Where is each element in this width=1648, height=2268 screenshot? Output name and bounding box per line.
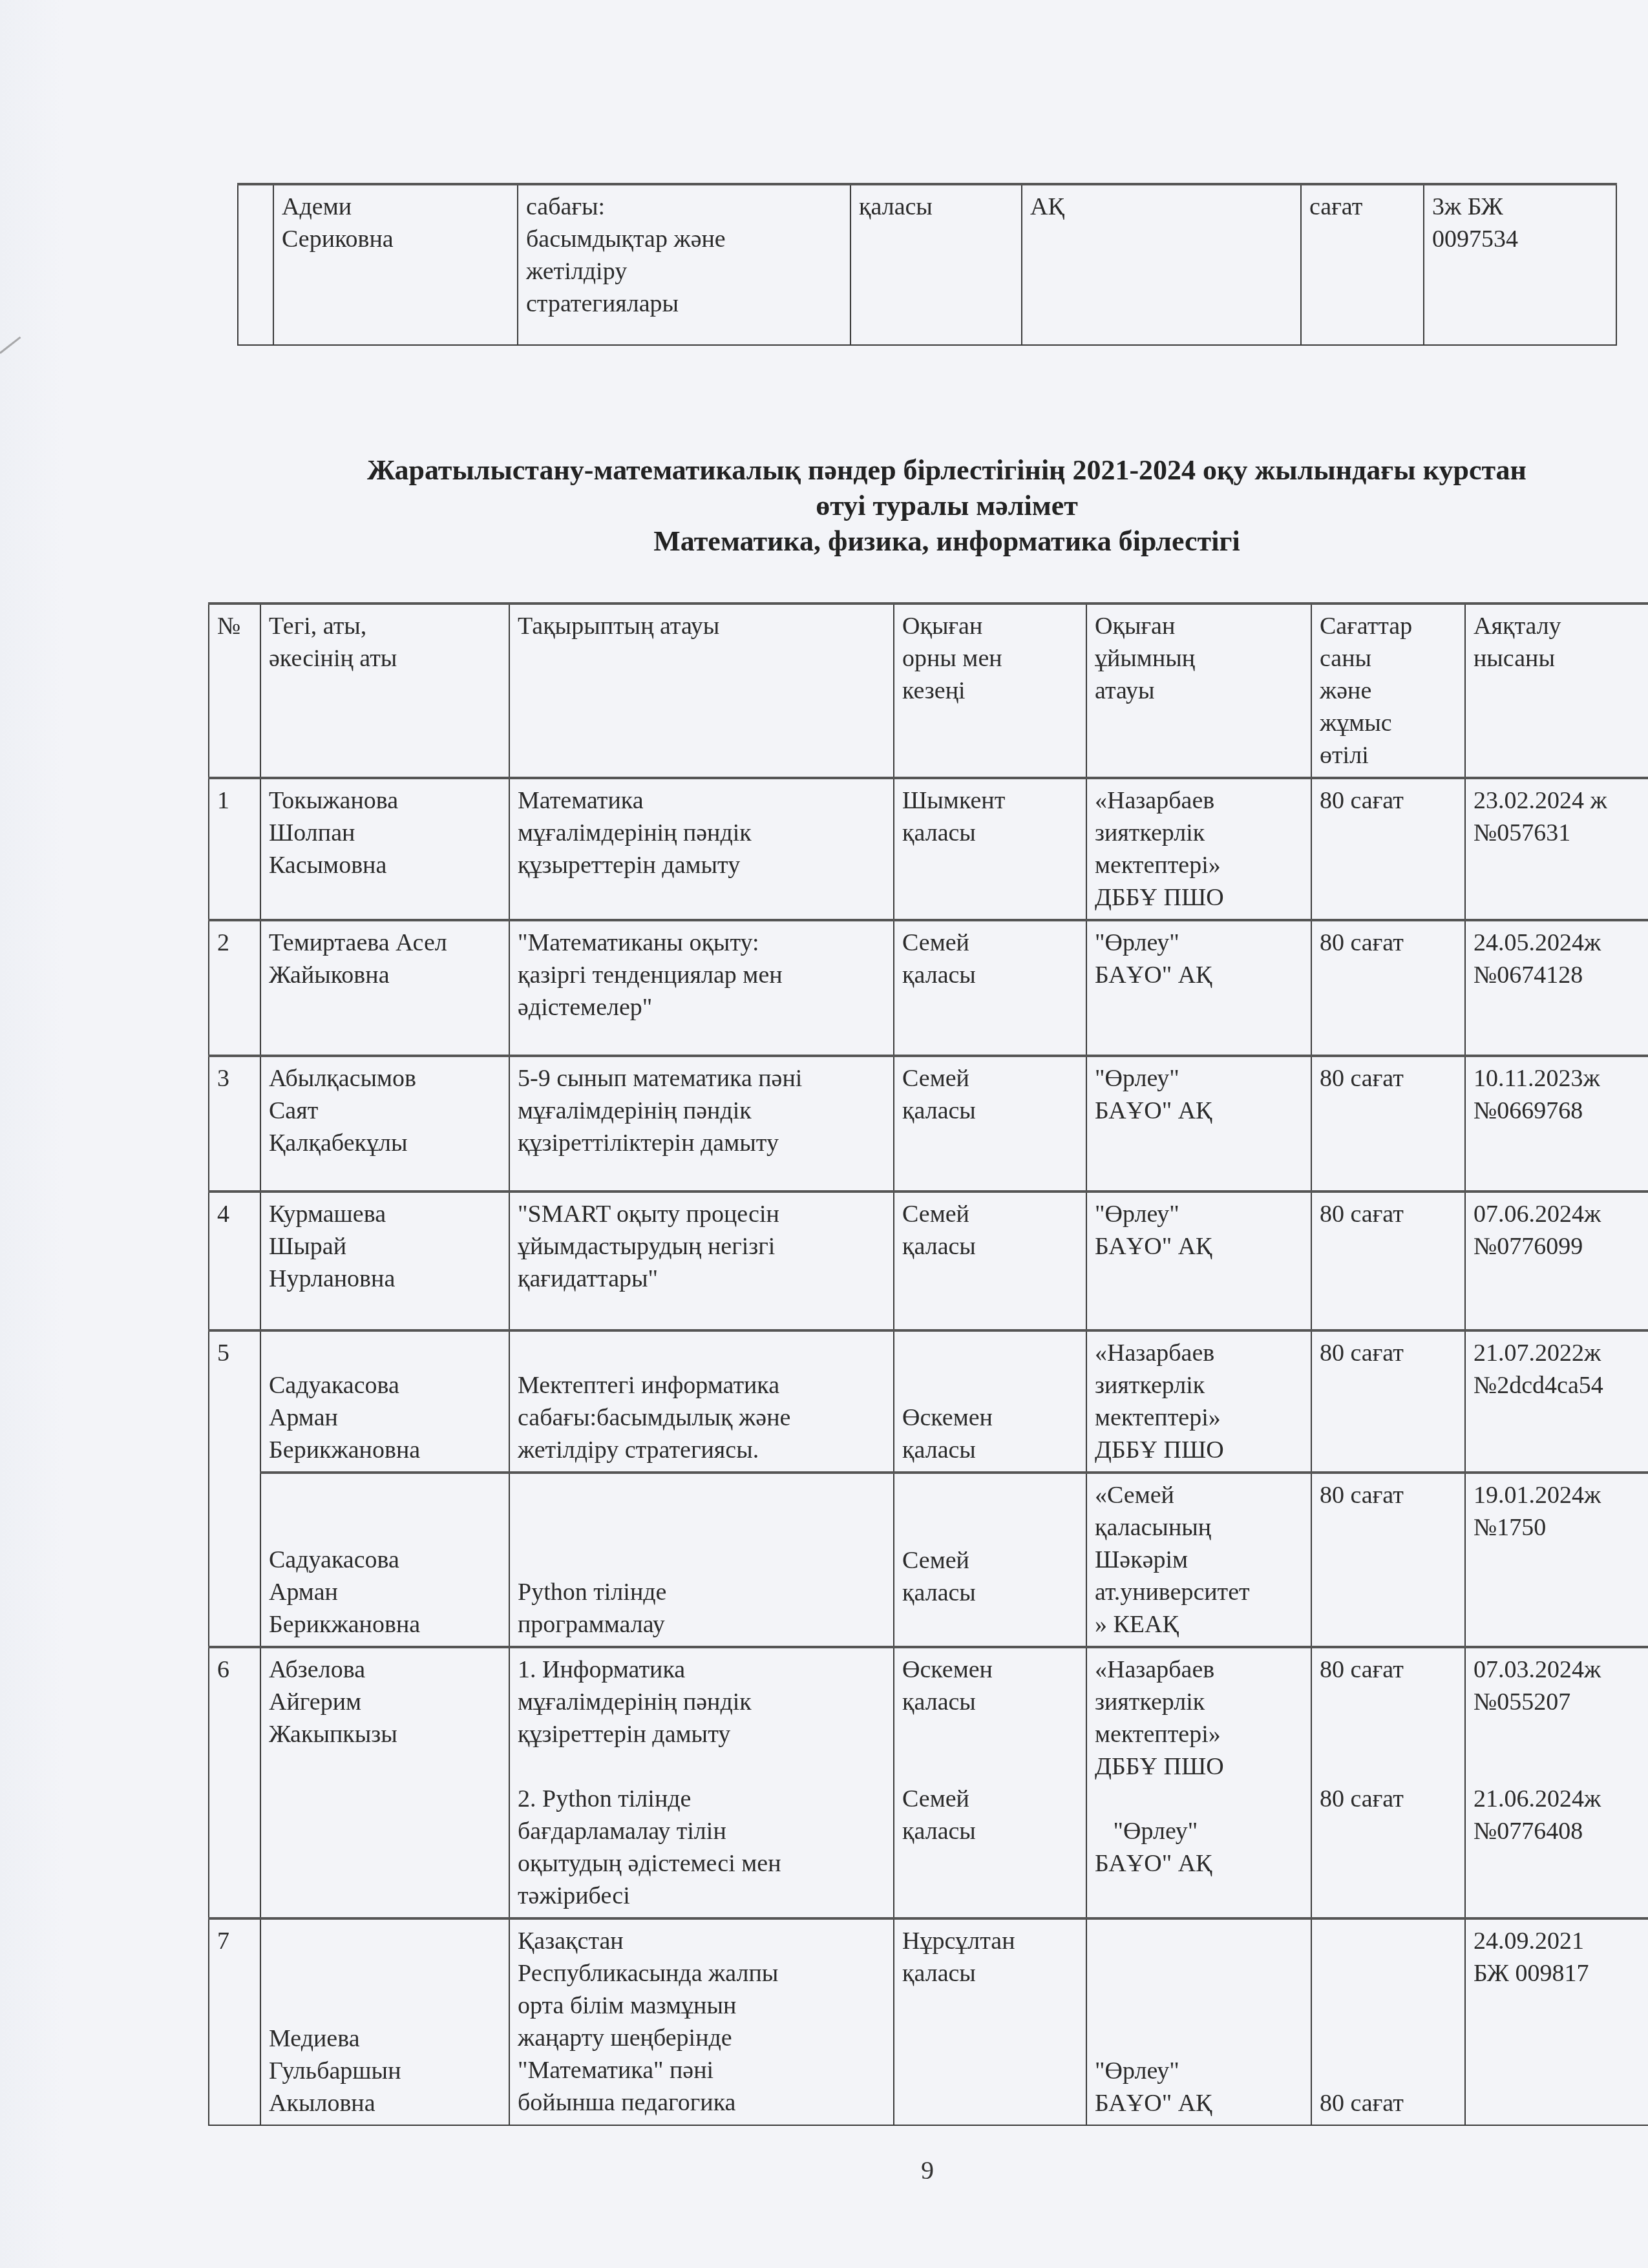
page-number: 9	[921, 2155, 934, 2185]
cell-hours: 80 сағат	[1311, 1192, 1465, 1330]
cell-num: 4	[209, 1192, 260, 1330]
cell-org: "Өрлеу" БАҰО" АҚ	[1086, 1918, 1311, 2125]
cell-place: Өскемен қаласы	[894, 1330, 1086, 1473]
hours-2: 80 сағат	[1320, 1783, 1457, 1815]
header-hours: Сағаттар саны және жұмыс өтілі	[1311, 604, 1465, 778]
cell-place: Нұрсұлтан қаласы	[894, 1918, 1086, 2125]
cell-name: Абылқасымов Саят Қалқабекұлы	[260, 1056, 509, 1192]
result-2: 21.06.2024ж №0776408	[1474, 1783, 1648, 1847]
table-row: 7 Медиева Гульбаршын Акыловна Қазақстан …	[209, 1918, 1648, 2125]
cell-result: 19.01.2024ж №1750	[1465, 1473, 1648, 1647]
cell-result: 24.09.2021 БЖ 009817	[1465, 1918, 1648, 2125]
cell-topic: 1. Информатика мұғалімдерінің пәндік құз…	[509, 1647, 894, 1918]
table-row: 5 Садуакасова Арман Берикжановна Мектепт…	[209, 1330, 1648, 1473]
cell-hours: 80 сағат	[1311, 1330, 1465, 1473]
table-row: Садуакасова Арман Берикжановна Python ті…	[209, 1473, 1648, 1647]
result-1: 07.03.2024ж №055207	[1474, 1654, 1648, 1718]
cell-place: Шымкент қаласы	[894, 778, 1086, 920]
cell-hours: 80 сағат	[1311, 1056, 1465, 1192]
document-title: Жаратылыстану-математикалық пәндер бірле…	[246, 452, 1648, 559]
cell-org: "Өрлеу" БАҰО" АҚ	[1086, 1192, 1311, 1330]
cell-org: "Өрлеу" БАҰО" АҚ	[1086, 1056, 1311, 1192]
cell-org: «Семей қаласының Шәкәрім ат.университет …	[1086, 1473, 1311, 1647]
cell-result: 23.02.2024 ж №057631	[1465, 778, 1648, 920]
org-2: "Өрлеу" БАҰО" АҚ	[1095, 1815, 1303, 1880]
cell-name: Токыжанова Шолпан Касымовна	[260, 778, 509, 920]
header-num: №	[209, 604, 260, 778]
header-result: Аяқталу нысаны	[1465, 604, 1648, 778]
courses-table: № Тегі, аты, әкесінің аты Тақырыптың ата…	[208, 602, 1648, 2126]
cell-topic: сабағы: басымдықтар және жетілдіру страт…	[518, 184, 850, 345]
cell-result: 07.03.2024ж №055207 21.06.2024ж №0776408	[1465, 1647, 1648, 1918]
cell-hours: 80 сағат	[1311, 920, 1465, 1056]
cell-name: Темиртаева Асел Жайыковна	[260, 920, 509, 1056]
place-2: Семей қаласы	[902, 1783, 1078, 1847]
header-org: Оқыған ұйымның атауы	[1086, 604, 1311, 778]
cell-org: «Назарбаев зияткерлік мектептері» ДББҰ П…	[1086, 1330, 1311, 1473]
cell-place: Өскемен қаласы Семей қаласы	[894, 1647, 1086, 1918]
hours-1: 80 сағат	[1320, 1654, 1457, 1686]
cell-num: 7	[209, 1918, 260, 2125]
table-row: 4 Курмашева Шырай Нурлановна "SMART оқыт…	[209, 1192, 1648, 1330]
cell-num: 5	[209, 1330, 260, 1647]
cell-num: 3	[209, 1056, 260, 1192]
cell-org: АҚ	[1022, 184, 1301, 345]
table-row: 2 Темиртаева Асел Жайыковна "Математикан…	[209, 920, 1648, 1056]
cell-topic: Қазақстан Республикасында жалпы орта біл…	[509, 1918, 894, 2125]
title-line-2: өтуі туралы мәлімет	[246, 488, 1648, 523]
cell-place: Семей қаласы	[894, 1056, 1086, 1192]
cell-hours: 80 сағат 80 сағат	[1311, 1647, 1465, 1918]
cell-topic: "SMART оқыту процесін ұйымдастырудың нег…	[509, 1192, 894, 1330]
cell-topic: Математика мұғалімдерінің пәндік құзырет…	[509, 778, 894, 920]
title-line-1: Жаратылыстану-математикалық пәндер бірле…	[246, 452, 1648, 488]
cell-place: Семей қаласы	[894, 920, 1086, 1056]
cell-name: Садуакасова Арман Берикжановна	[260, 1330, 509, 1473]
table-row: 6 Абзелова Айгерим Жакыпкызы 1. Информат…	[209, 1647, 1648, 1918]
org-1: «Назарбаев зияткерлік мектептері» ДББҰ П…	[1095, 1654, 1303, 1783]
cell-hours: 80 сағат	[1311, 1918, 1465, 2125]
topic-1: 1. Информатика мұғалімдерінің пәндік құз…	[518, 1654, 885, 1750]
cell-result: 21.07.2022ж №2dcd4ca54	[1465, 1330, 1648, 1473]
scan-page-edge	[0, 0, 65, 2268]
cell-topic: 5-9 сынып математика пәні мұғалімдерінің…	[509, 1056, 894, 1192]
cell-name: Курмашева Шырай Нурлановна	[260, 1192, 509, 1330]
header-row: № Тегі, аты, әкесінің аты Тақырыптың ата…	[209, 604, 1648, 778]
cell-num	[238, 184, 273, 345]
cell-num: 2	[209, 920, 260, 1056]
cell-org: «Назарбаев зияткерлік мектептері» ДББҰ П…	[1086, 1647, 1311, 1918]
cell-num: 6	[209, 1647, 260, 1918]
cell-org: "Өрлеу" БАҰО" АҚ	[1086, 920, 1311, 1056]
cell-num: 1	[209, 778, 260, 920]
cell-name: Абзелова Айгерим Жакыпкызы	[260, 1647, 509, 1918]
cell-place: қаласы	[850, 184, 1022, 345]
header-topic: Тақырыптың атауы	[509, 604, 894, 778]
table-row: Адеми Сериковна сабағы: басымдықтар және…	[238, 184, 1616, 345]
header-name: Тегі, аты, әкесінің аты	[260, 604, 509, 778]
cell-name: Медиева Гульбаршын Акыловна	[260, 1918, 509, 2125]
cell-result: 3ж БЖ 0097534	[1424, 184, 1616, 345]
table-row: 3 Абылқасымов Саят Қалқабекұлы 5-9 сынып…	[209, 1056, 1648, 1192]
cell-name: Адеми Сериковна	[273, 184, 518, 345]
cell-hours: 80 сағат	[1311, 1473, 1465, 1647]
continuation-table: Адеми Сериковна сабағы: басымдықтар және…	[237, 183, 1617, 346]
cell-topic: "Математиканы оқыту: қазіргі тенденцияла…	[509, 920, 894, 1056]
header-place: Оқыған орны мен кезеңі	[894, 604, 1086, 778]
cell-place: Семей қаласы	[894, 1473, 1086, 1647]
cell-topic: Мектептегі информатика сабағы:басымдылық…	[509, 1330, 894, 1473]
table-row: 1 Токыжанова Шолпан Касымовна Математика…	[209, 778, 1648, 920]
topic-2: 2. Python тілінде бағдарламалау тілін оқ…	[518, 1783, 885, 1912]
cell-hours: сағат	[1301, 184, 1424, 345]
place-1: Өскемен қаласы	[902, 1654, 1078, 1718]
cell-result: 10.11.2023ж №0669768	[1465, 1056, 1648, 1192]
cell-org: «Назарбаев зияткерлік мектептері» ДББҰ П…	[1086, 778, 1311, 920]
title-line-3: Математика, физика, информатика бірлесті…	[246, 523, 1648, 559]
cell-result: 24.05.2024ж №0674128	[1465, 920, 1648, 1056]
cell-hours: 80 сағат	[1311, 778, 1465, 920]
cell-place: Семей қаласы	[894, 1192, 1086, 1330]
cell-result: 07.06.2024ж №0776099	[1465, 1192, 1648, 1330]
cell-name: Садуакасова Арман Берикжановна	[260, 1473, 509, 1647]
cell-topic: Python тілінде программалау	[509, 1473, 894, 1647]
